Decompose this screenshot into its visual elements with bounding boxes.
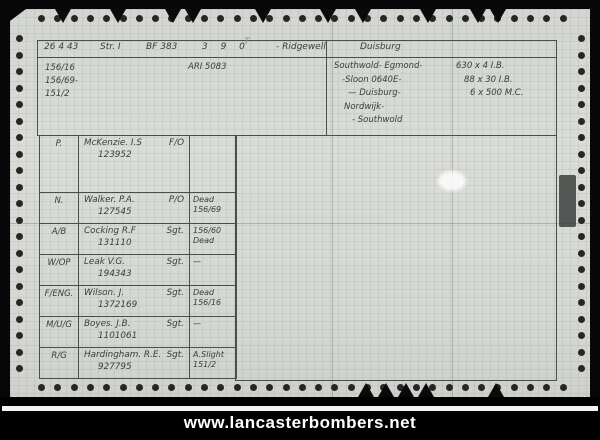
route-leg: -Sloon 0640E- 88 x 30 I.B. <box>334 74 550 88</box>
punched-hole <box>578 151 585 158</box>
punched-hole <box>578 283 585 290</box>
sortie-date: 26 4 43 <box>44 42 78 52</box>
punched-hole <box>348 384 355 391</box>
punched-hole <box>578 52 585 59</box>
bomb-load-text: 630 x 4 I.B. <box>456 60 505 74</box>
punched-hole <box>578 85 585 92</box>
punched-hole <box>16 316 23 323</box>
punched-hole <box>185 384 192 391</box>
punched-hole <box>16 85 23 92</box>
punched-hole <box>283 384 290 391</box>
sort-notch <box>185 9 201 23</box>
sortie-ref: 156/69- <box>45 75 78 88</box>
punched-hole <box>578 184 585 191</box>
punched-hole <box>578 316 585 323</box>
crew-row-flight-engineer: F/ENG. Wilson. J. Sgt. 1372169 Dead 156/… <box>40 285 236 316</box>
punched-hole <box>16 233 23 240</box>
crew-service-number: 1101061 <box>84 330 186 342</box>
crew-rank: Sgt. <box>167 226 186 237</box>
crew-name: Leak V.G. <box>84 257 125 268</box>
crew-duty: W/OP <box>40 255 79 285</box>
sort-notch <box>488 383 504 397</box>
scanned-photo-frame: 26 4 43 Str. I BF 383 3 9 0 T - Ridgewel… <box>0 0 600 440</box>
crew-duty: M/U/G <box>40 317 79 347</box>
crew-service-number: 1372169 <box>84 299 186 311</box>
sortie-ref: 151/2 <box>45 88 78 101</box>
crew-table: P. McKenzie. I.S F/O 123952 N. Walker. P… <box>39 135 237 379</box>
record-card: 26 4 43 Str. I BF 383 3 9 0 T - Ridgewel… <box>10 9 590 397</box>
punched-hole <box>16 283 23 290</box>
sort-notch <box>398 383 414 397</box>
sortie-ref: 156/16 <box>45 62 78 75</box>
site-footer: www.lancasterbombers.net <box>0 397 600 440</box>
punched-hole <box>16 299 23 306</box>
crew-name: Wilson. J. <box>84 288 124 299</box>
punched-hole <box>16 151 23 158</box>
punched-hole <box>578 332 585 339</box>
punched-hole <box>16 167 23 174</box>
route-leg: Southwold- Egmond- 630 x 4 I.B. <box>334 60 550 74</box>
punched-hole <box>87 384 94 391</box>
punched-hole <box>511 15 518 22</box>
punched-hole <box>201 384 208 391</box>
bomb-load-text: 88 x 30 I.B. <box>464 74 513 88</box>
punched-hole <box>16 349 23 356</box>
crew-notes: Dead 156/69 <box>190 193 236 223</box>
base-name: - Ridgewell <box>276 42 326 52</box>
punched-hole <box>16 134 23 141</box>
punched-hole <box>578 299 585 306</box>
punched-hole <box>16 217 23 224</box>
punched-hole <box>578 118 585 125</box>
crew-notes: — <box>190 255 236 285</box>
punched-hole <box>560 384 567 391</box>
punched-hole <box>462 384 469 391</box>
crew-rank: P/O <box>169 195 186 206</box>
crew-row-wireless-op: W/OP Leak V.G. Sgt. 194343 — <box>40 254 236 285</box>
punched-hole <box>201 15 208 22</box>
punched-hole <box>16 184 23 191</box>
punched-hole <box>578 365 585 372</box>
sort-notch <box>55 9 71 23</box>
punched-hole <box>578 217 585 224</box>
punched-hole <box>527 15 534 22</box>
punched-hole <box>397 15 404 22</box>
crew-row-air-bomber: A/B Cocking R.F Sgt. 131110 156/60 Dead <box>40 223 236 254</box>
aircraft-type: Str. I <box>100 42 121 52</box>
crew-row-navigator: N. Walker. P.A. P/O 127545 Dead 156/69 <box>40 192 236 223</box>
sort-notch <box>255 9 271 23</box>
punched-hole <box>234 384 241 391</box>
punched-hole <box>578 250 585 257</box>
sort-notch <box>320 9 336 23</box>
punched-hole <box>16 266 23 273</box>
route-leg-text: - Southwold <box>334 114 474 128</box>
punched-hole <box>38 15 45 22</box>
site-url: www.lancasterbombers.net <box>0 413 600 433</box>
punched-hole <box>136 15 143 22</box>
squadron-number: 3 9 0 <box>202 42 250 52</box>
crew-notes <box>190 136 236 192</box>
crew-rank: Sgt. <box>167 319 186 330</box>
punched-hole <box>560 15 567 22</box>
punched-hole <box>413 15 420 22</box>
crew-service-number: 927795 <box>84 361 186 373</box>
sort-notch <box>110 9 126 23</box>
target-name: Duisburg <box>360 42 401 52</box>
crew-notes: A.Slight 151/2 <box>190 348 236 378</box>
punched-hole <box>16 101 23 108</box>
crew-rank: Sgt. <box>167 288 186 299</box>
punched-hole <box>511 384 518 391</box>
crew-rank: F/O <box>169 138 186 149</box>
crew-service-number: 194343 <box>84 268 186 280</box>
crew-notes: — <box>190 317 236 347</box>
punched-hole <box>578 233 585 240</box>
punched-hole <box>578 200 585 207</box>
route-leg: Nordwijk- <box>334 101 550 115</box>
code-letter: T <box>244 37 250 47</box>
punched-hole <box>16 250 23 257</box>
edge-smudge <box>559 175 576 227</box>
punched-hole <box>299 15 306 22</box>
punched-hole <box>578 349 585 356</box>
crew-duty: N. <box>40 193 79 223</box>
crew-name: Walker. P.A. <box>84 195 135 206</box>
punched-hole <box>527 384 534 391</box>
crew-notes: Dead 156/16 <box>190 286 236 316</box>
sortie-header-box: 26 4 43 Str. I BF 383 3 9 0 T - Ridgewel… <box>37 40 557 136</box>
punched-hole <box>283 15 290 22</box>
empty-remarks-box <box>235 135 557 381</box>
sortie-refs: 156/16 156/69- 151/2 <box>45 62 78 101</box>
punched-hole <box>16 365 23 372</box>
aircraft-serial: BF 383 <box>146 42 177 52</box>
route-leg-text: Southwold- Egmond- <box>334 60 456 74</box>
crew-name: McKenzie. I.S <box>84 138 142 149</box>
crew-row-rear-gunner: R/G Hardingham. R.E. Sgt. 927795 A.Sligh… <box>40 347 236 378</box>
punched-hole <box>462 15 469 22</box>
punched-hole <box>16 118 23 125</box>
sort-notch <box>420 9 436 23</box>
bomb-load-text: 6 x 500 M.C. <box>470 87 523 101</box>
crew-row-mid-upper-gunner: M/U/G Boyes. J.B. Sgt. 1101061 — <box>40 316 236 347</box>
punched-hole <box>578 101 585 108</box>
punched-hole <box>87 15 94 22</box>
crew-service-number: 127545 <box>84 206 186 218</box>
punched-hole <box>71 384 78 391</box>
punched-hole <box>578 167 585 174</box>
punched-hole <box>234 15 241 22</box>
sort-notch <box>165 9 181 23</box>
sort-notch <box>358 383 374 397</box>
route-leg: — Duisburg- 6 x 500 M.C. <box>334 87 550 101</box>
crew-row-pilot: P. McKenzie. I.S F/O 123952 <box>40 136 236 192</box>
punched-hole <box>38 384 45 391</box>
crew-name: Hardingham. R.E. <box>84 350 161 361</box>
punched-hole <box>120 384 127 391</box>
header-divider <box>326 41 327 135</box>
crew-name: Cocking R.F <box>84 226 136 237</box>
crew-duty: R/G <box>40 348 79 378</box>
sort-notch <box>470 9 486 23</box>
punched-hole <box>16 200 23 207</box>
route-and-bombload: Southwold- Egmond- 630 x 4 I.B. -Sloon 0… <box>334 60 550 128</box>
punched-hole <box>16 68 23 75</box>
radio-set-ref: ARI 5083 <box>188 62 227 72</box>
crew-duty: A/B <box>40 224 79 254</box>
sort-notch <box>418 383 434 397</box>
punched-hole <box>446 15 453 22</box>
punched-hole <box>136 384 143 391</box>
crew-duty: P. <box>40 136 79 192</box>
route-leg-text: Nordwijk- <box>334 101 466 115</box>
crew-name: Boyes. J.B. <box>84 319 130 330</box>
crew-notes: 156/60 Dead <box>190 224 236 254</box>
punched-hole <box>16 35 23 42</box>
sort-notch <box>355 9 371 23</box>
sortie-header-row: 26 4 43 Str. I BF 383 3 9 0 T - Ridgewel… <box>38 41 556 58</box>
sort-notch <box>490 9 506 23</box>
footer-divider-strip <box>2 406 598 411</box>
punched-hole <box>71 15 78 22</box>
punched-hole <box>578 35 585 42</box>
crew-service-number: 131110 <box>84 237 186 249</box>
punched-hole <box>578 134 585 141</box>
route-leg-text: — Duisburg- <box>334 87 470 101</box>
punched-hole <box>16 332 23 339</box>
crew-rank: Sgt. <box>167 350 186 361</box>
punched-hole <box>348 15 355 22</box>
route-leg-text: -Sloon 0640E- <box>334 74 464 88</box>
crew-service-number: 123952 <box>84 149 186 161</box>
crew-duty: F/ENG. <box>40 286 79 316</box>
punched-hole <box>578 68 585 75</box>
punched-hole <box>299 384 306 391</box>
punched-hole <box>578 266 585 273</box>
punched-hole <box>250 384 257 391</box>
sort-notch <box>378 383 394 397</box>
route-leg: - Southwold <box>334 114 550 128</box>
crew-rank: Sgt. <box>167 257 186 268</box>
punched-hole <box>446 384 453 391</box>
punched-hole <box>16 52 23 59</box>
